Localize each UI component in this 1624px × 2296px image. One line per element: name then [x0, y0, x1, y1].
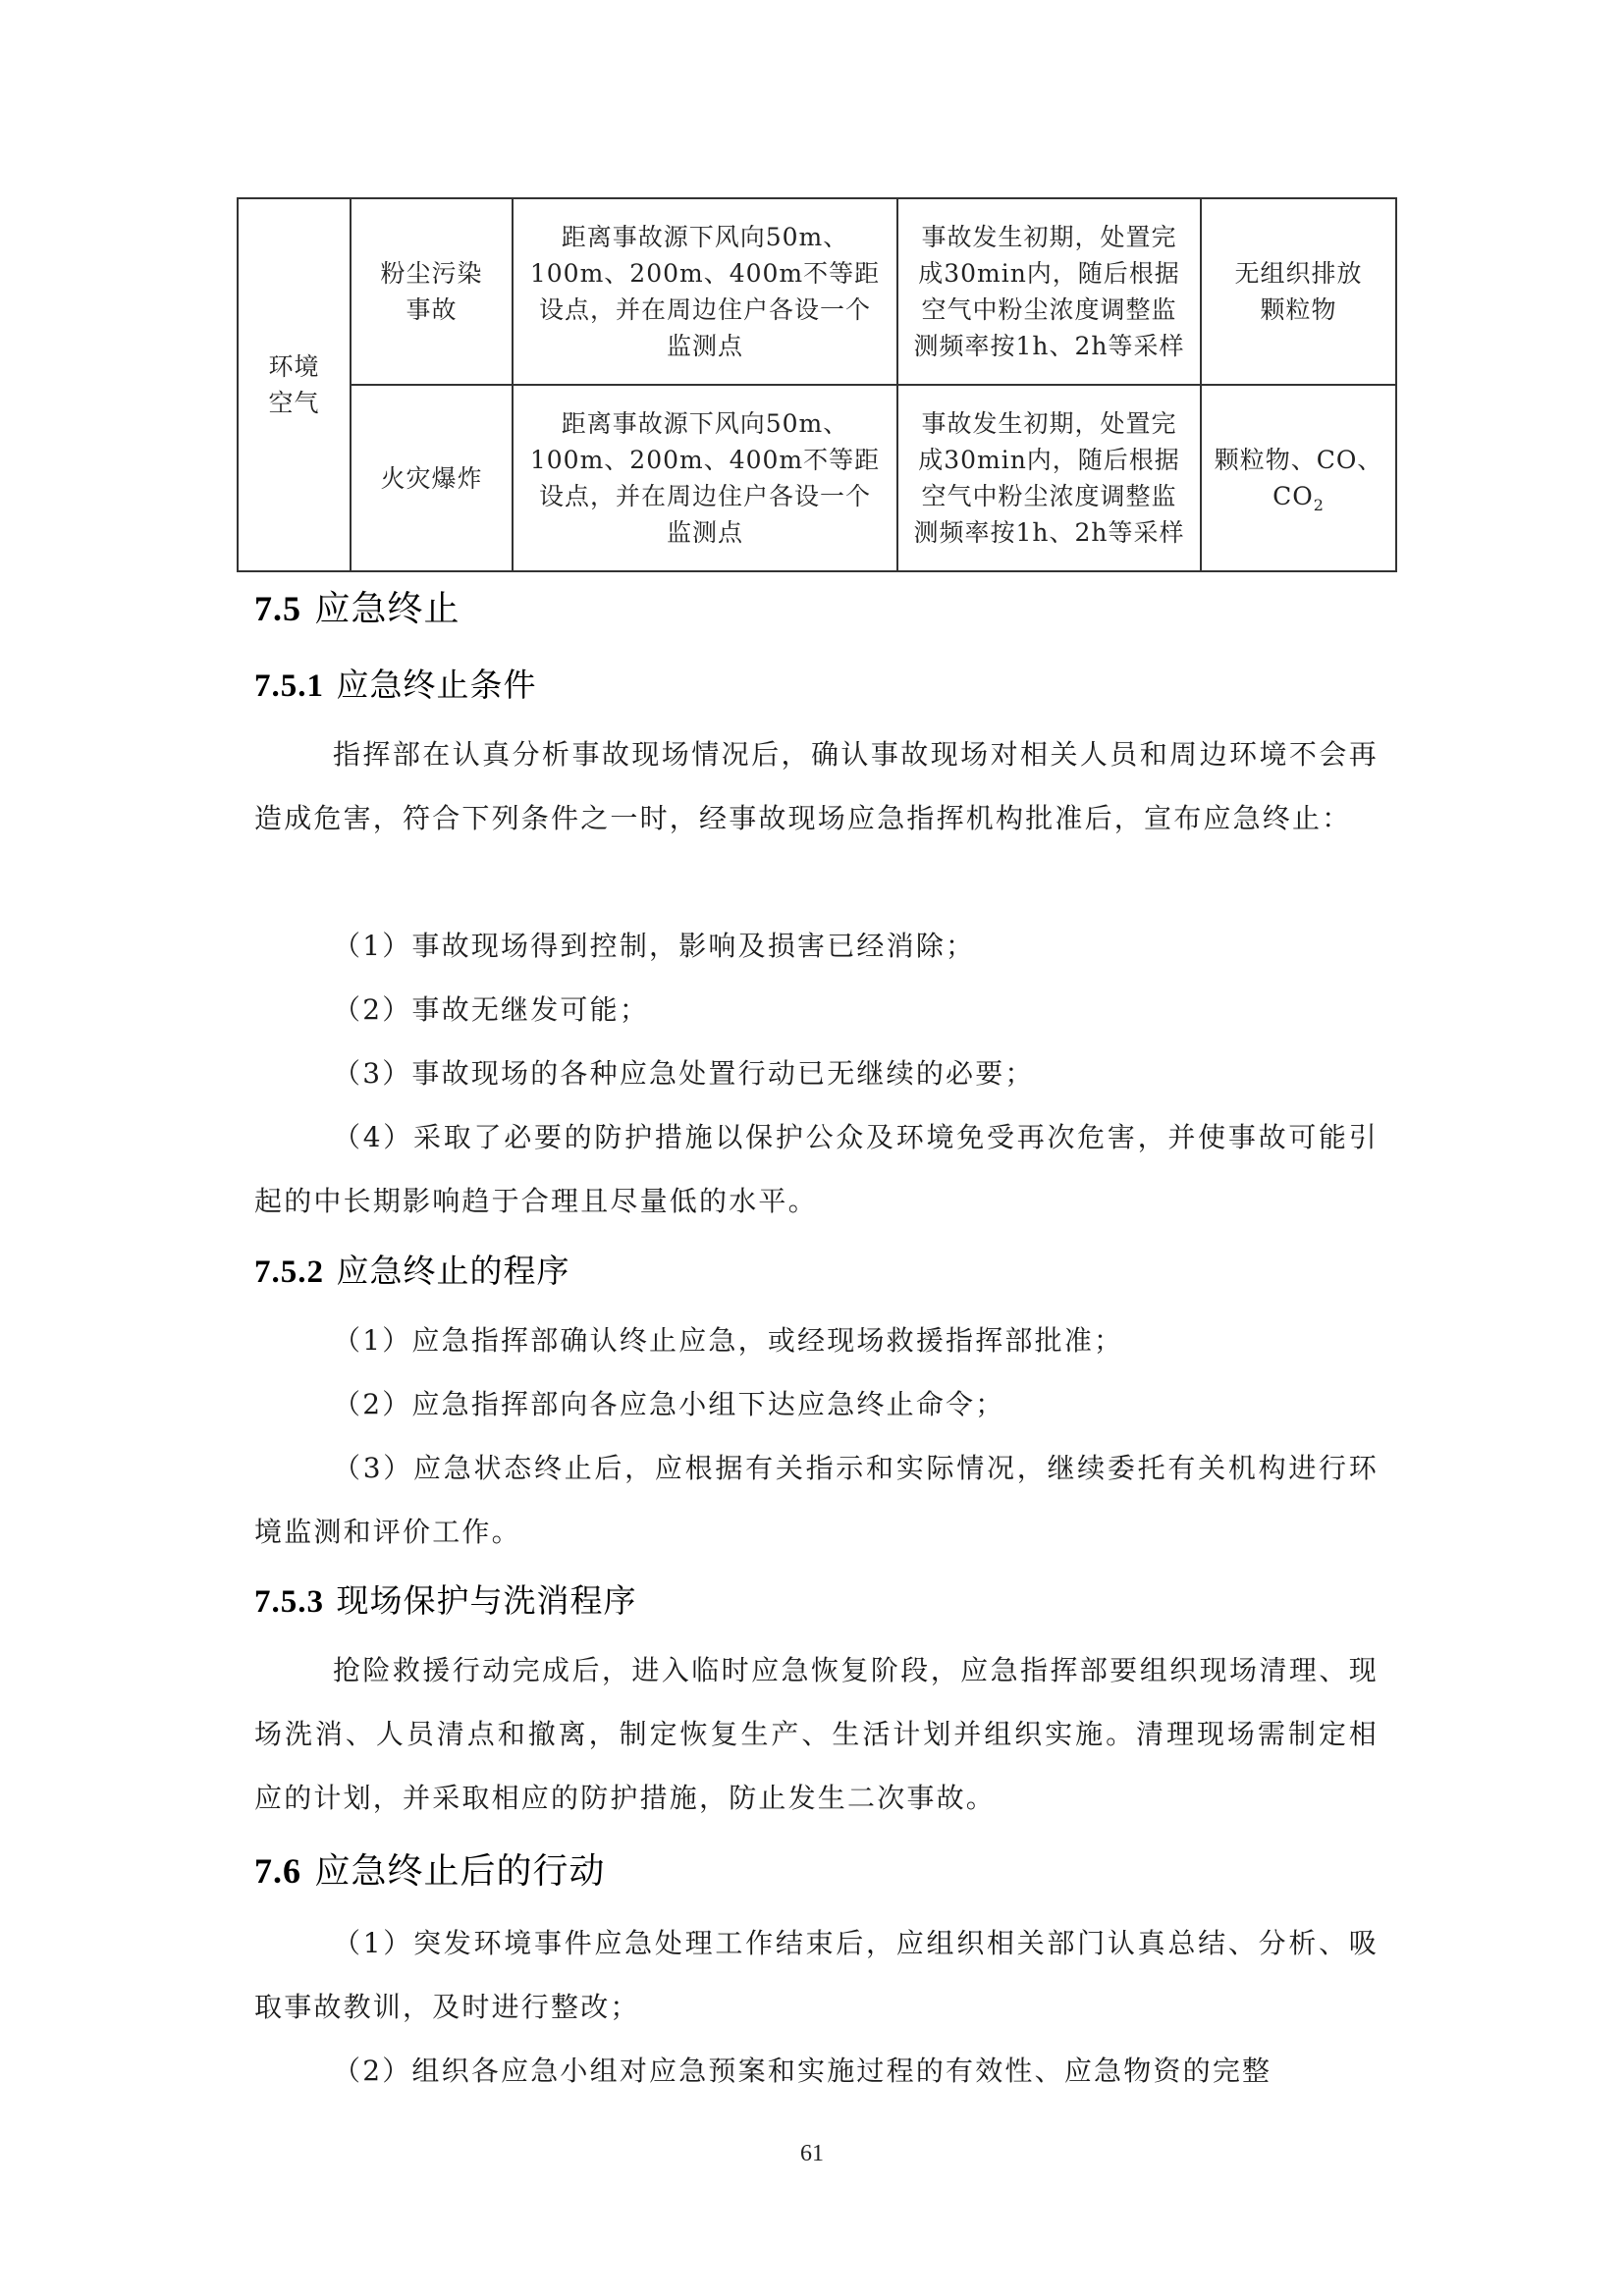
list-item: （1）应急指挥部确认终止应急，或经现场救援指挥部批准； [254, 1308, 1457, 1372]
list-item: （4）采取了必要的防护措施以保护公众及环境免受再次危害，并使事故可能引起的中长期… [254, 1105, 1379, 1233]
pollutants-cell: 颗粒物、CO、 CO2 [1201, 385, 1396, 571]
heading-title: 应急终止条件 [337, 666, 537, 704]
pollutant-formula: CO [1272, 482, 1314, 510]
monitoring-frequency-cell: 事故发生初期，处置完成30min内，随后根据空气中粉尘浓度调整监测频率按1h、2… [897, 385, 1201, 571]
heading-number: 7.5 [254, 589, 301, 628]
accident-type-cell: 火灾爆炸 [351, 385, 513, 571]
table-row: 环境 空气 粉尘污染 事故 距离事故源下风向50m、100m、200m、400m… [238, 198, 1396, 385]
heading-title: 应急终止的程序 [337, 1252, 570, 1290]
heading-7-5-2: 7.5.2 应急终止的程序 [254, 1246, 570, 1292]
list-item: （3）事故现场的各种应急处置行动已无继续的必要； [254, 1041, 1457, 1105]
pollutants-cell: 无组织排放 颗粒物 [1201, 198, 1396, 385]
accident-type-cell: 粉尘污染 事故 [351, 198, 513, 385]
list-item: （2）应急指挥部向各应急小组下达应急终止命令； [254, 1372, 1457, 1436]
heading-number: 7.5.1 [254, 668, 324, 704]
pollutant-subscript: 2 [1314, 496, 1325, 514]
pollutant-line: CO2 [1208, 478, 1389, 514]
monitoring-frequency-cell: 事故发生初期，处置完成30min内，随后根据空气中粉尘浓度调整监测频率按1h、2… [897, 198, 1201, 385]
heading-title: 现场保护与洗消程序 [337, 1581, 637, 1620]
list-item: （1）突发环境事件应急处理工作结束后，应组织相关部门认真总结、分析、吸取事故教训… [254, 1911, 1379, 2039]
list-item: （1）事故现场得到控制，影响及损害已经消除； [254, 914, 1457, 978]
pollutant-line: 颗粒物 [1208, 292, 1389, 328]
accident-type-line: 事故 [357, 292, 506, 328]
heading-number: 7.5.2 [254, 1255, 324, 1290]
pollutant-line: 颗粒物、CO、 [1208, 442, 1389, 478]
heading-7-5-3: 7.5.3 现场保护与洗消程序 [254, 1575, 637, 1622]
accident-type-line: 火灾爆炸 [357, 460, 506, 497]
pollutant-line: 无组织排放 [1208, 255, 1389, 292]
accident-type-line: 粉尘污染 [357, 255, 506, 292]
category-line: 空气 [244, 385, 344, 421]
category-cell: 环境 空气 [238, 198, 351, 571]
paragraph-7-5-3: 抢险救援行动完成后，进入临时应急恢复阶段，应急指挥部要组织现场清理、现场洗消、人… [254, 1638, 1379, 1830]
category-line: 环境 [244, 348, 344, 385]
list-item: （3）应急状态终止后，应根据有关指示和实际情况，继续委托有关机构进行环境监测和评… [254, 1436, 1379, 1564]
heading-title: 应急终止 [315, 589, 460, 629]
monitoring-table: 环境 空气 粉尘污染 事故 距离事故源下风向50m、100m、200m、400m… [237, 197, 1397, 572]
heading-7-5-1: 7.5.1 应急终止条件 [254, 660, 537, 706]
heading-number: 7.5.3 [254, 1584, 324, 1620]
heading-number: 7.6 [254, 1851, 301, 1891]
heading-title: 应急终止后的行动 [315, 1851, 606, 1892]
table-row: 火灾爆炸 距离事故源下风向50m、100m、200m、400m不等距设点，并在周… [238, 385, 1396, 571]
heading-7-5: 7.5 应急终止 [254, 581, 460, 631]
list-item: （2）事故无继发可能； [254, 978, 1457, 1041]
heading-7-6: 7.6 应急终止后的行动 [254, 1843, 606, 1894]
monitoring-location-cell: 距离事故源下风向50m、100m、200m、400m不等距设点，并在周边住户各设… [513, 198, 897, 385]
monitoring-location-cell: 距离事故源下风向50m、100m、200m、400m不等距设点，并在周边住户各设… [513, 385, 897, 571]
document-page: 环境 空气 粉尘污染 事故 距离事故源下风向50m、100m、200m、400m… [0, 0, 1624, 2296]
paragraph-7-5-1-intro: 指挥部在认真分析事故现场情况后，确认事故现场对相关人员和周边环境不会再造成危害，… [254, 722, 1379, 850]
page-number: 61 [0, 2141, 1624, 2167]
list-item: （2）组织各应急小组对应急预案和实施过程的有效性、应急物资的完整 [254, 2039, 1379, 2103]
